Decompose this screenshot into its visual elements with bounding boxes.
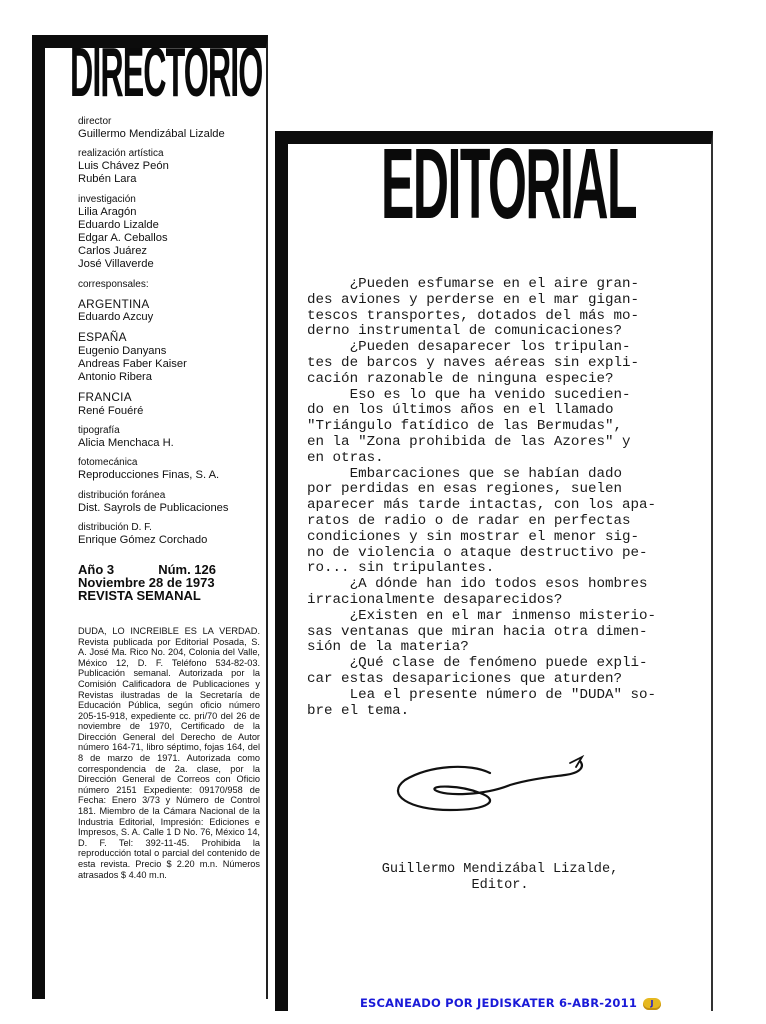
editorial-line: sas ventanas que miran hacia otra dimen-: [307, 625, 682, 641]
editorial-line: bre el tema.: [307, 704, 682, 720]
legal-notice: DUDA, LO INCREIBLE ES LA VERDAD. Revista…: [78, 626, 260, 880]
person-name: José Villaverde: [78, 258, 258, 271]
role-label: director: [78, 116, 258, 128]
person-name: Eugenio Danyans: [78, 345, 258, 358]
issue-date: Noviembre 28 de 1973: [78, 576, 258, 589]
person-name: Eduardo Azcuy: [78, 311, 258, 324]
editorial-line: Lea el presente número de "DUDA" so-: [307, 688, 682, 704]
editorial-line: Embarcaciones que se habían dado: [307, 467, 682, 483]
person-name: Eduardo Lizalde: [78, 219, 258, 232]
person-name: Reproducciones Finas, S. A.: [78, 469, 258, 482]
issue-number: Núm. 126: [158, 563, 216, 576]
person-name: Enrique Gómez Corchado: [78, 534, 258, 547]
editorial-line: ratos de radio o de radar en perfectas: [307, 514, 682, 530]
issue-frequency: REVISTA SEMANAL: [78, 589, 258, 602]
editorial-line: ro... sin tripulantes.: [307, 561, 682, 577]
editorial-line: aparecer más tarde intactas, con los apa…: [307, 498, 682, 514]
role-label: corresponsales:: [78, 279, 258, 291]
person-name: Edgar A. Ceballos: [78, 232, 258, 245]
person-name: Alicia Menchaca H.: [78, 437, 258, 450]
country-label: ARGENTINA: [78, 298, 258, 312]
editorial-line: ¿Existen en el mar inmenso misterio-: [307, 609, 682, 625]
editorial-line: no de violencia o ataque destructivo pe-: [307, 546, 682, 562]
role-label: fotomecánica: [78, 457, 258, 469]
role-label: realización artística: [78, 148, 258, 160]
editorial-line: en la "Zona prohibida de las Azores" y: [307, 435, 682, 451]
editorial-line: ¿Qué clase de fenómeno puede expli-: [307, 656, 682, 672]
editorial-line: irracionalmente desaparecidos?: [307, 593, 682, 609]
staff-df-distribution: distribución D. F. Enrique Gómez Corchad…: [78, 522, 258, 547]
person-name: Carlos Juárez: [78, 245, 258, 258]
signatory-name: Guillermo Mendizábal Lizalde,: [382, 862, 619, 877]
role-label: investigación: [78, 194, 258, 206]
role-label: distribución D. F.: [78, 522, 258, 534]
issue-info: Año 3 Núm. 126 Noviembre 28 de 1973 REVI…: [78, 563, 258, 602]
correspondent-argentina: ARGENTINA Eduardo Azcuy: [78, 298, 258, 325]
staff-photomechanics: fotomecánica Reproducciones Finas, S. A.: [78, 457, 258, 482]
staff-foreign-distribution: distribución foránea Dist. Sayrols de Pu…: [78, 490, 258, 515]
correspondent-spain: ESPAÑA Eugenio Danyans Andreas Faber Kai…: [78, 331, 258, 384]
editorial-line: por perdidas en esas regiones, suelen: [307, 482, 682, 498]
editorial-line: condiciones y sin mostrar el menor sig-: [307, 530, 682, 546]
person-name: Luis Chávez Peón: [78, 160, 258, 173]
scanner-badge-icon: J: [643, 998, 661, 1010]
editorial-line: "Triángulo fatídico de las Bermudas",: [307, 419, 682, 435]
country-label: FRANCIA: [78, 391, 258, 405]
person-name: Guillermo Mendizábal Lizalde: [78, 128, 258, 141]
signatory: Guillermo Mendizábal Lizalde, Editor.: [350, 862, 650, 893]
person-name: Dist. Sayrols de Publicaciones: [78, 502, 258, 515]
directory-group-art: realización artística Luis Chávez Peón R…: [78, 148, 258, 186]
editorial-body: ¿Pueden esfumarse en el aire gran-des av…: [307, 277, 682, 719]
editorial-line: en otras.: [307, 451, 682, 467]
signatory-role: Editor.: [471, 878, 528, 893]
correspondent-france: FRANCIA René Fouéré: [78, 391, 258, 418]
editorial-line: car estas desapariciones que aturden?: [307, 672, 682, 688]
person-name: René Fouéré: [78, 405, 258, 418]
editorial-line: tes de barcos y naves aéreas sin expli-: [307, 356, 682, 372]
directory-title: DIRECTORIO: [70, 44, 149, 100]
directory-group-director: director Guillermo Mendizábal Lizalde: [78, 116, 258, 141]
editorial-line: Eso es lo que ha venido sucedien-: [307, 388, 682, 404]
editorial-line: cación razonable de ninguna especie?: [307, 372, 682, 388]
scan-credit-text: ESCANEADO POR JEDISKATER 6-ABR-2011: [360, 996, 637, 1010]
person-name: Antonio Ribera: [78, 371, 258, 384]
editorial-line: ¿Pueden desaparecer los tripulan-: [307, 340, 682, 356]
directory-group-correspondents: corresponsales:: [78, 279, 258, 291]
editorial-line: do en los últimos años en el llamado: [307, 403, 682, 419]
editorial-line: tescos transportes, dotados del más mo-: [307, 309, 682, 325]
person-name: Lilia Aragón: [78, 206, 258, 219]
person-name: Andreas Faber Kaiser: [78, 358, 258, 371]
editorial-line: derno instrumental de comunicaciones?: [307, 324, 682, 340]
role-label: tipografía: [78, 425, 258, 437]
editorial-line: ¿Pueden esfumarse en el aire gran-: [307, 277, 682, 293]
editorial-line: ¿A dónde han ido todos esos hombres: [307, 577, 682, 593]
person-name: Rubén Lara: [78, 173, 258, 186]
issue-year: Año 3: [78, 563, 114, 576]
directory-content: director Guillermo Mendizábal Lizalde re…: [78, 116, 258, 880]
directory-group-research: investigación Lilia Aragón Eduardo Lizal…: [78, 194, 258, 272]
role-label: distribución foránea: [78, 490, 258, 502]
scan-credit: ESCANEADO POR JEDISKATER 6-ABR-2011J: [360, 996, 661, 1010]
signature-icon: [390, 755, 610, 825]
editorial-line: des aviones y perderse en el mar gigan-: [307, 293, 682, 309]
country-label: ESPAÑA: [78, 331, 258, 345]
editorial-title: EDITORIAL: [381, 144, 636, 224]
staff-typography: tipografía Alicia Menchaca H.: [78, 425, 258, 450]
editorial-line: sión de la materia?: [307, 640, 682, 656]
